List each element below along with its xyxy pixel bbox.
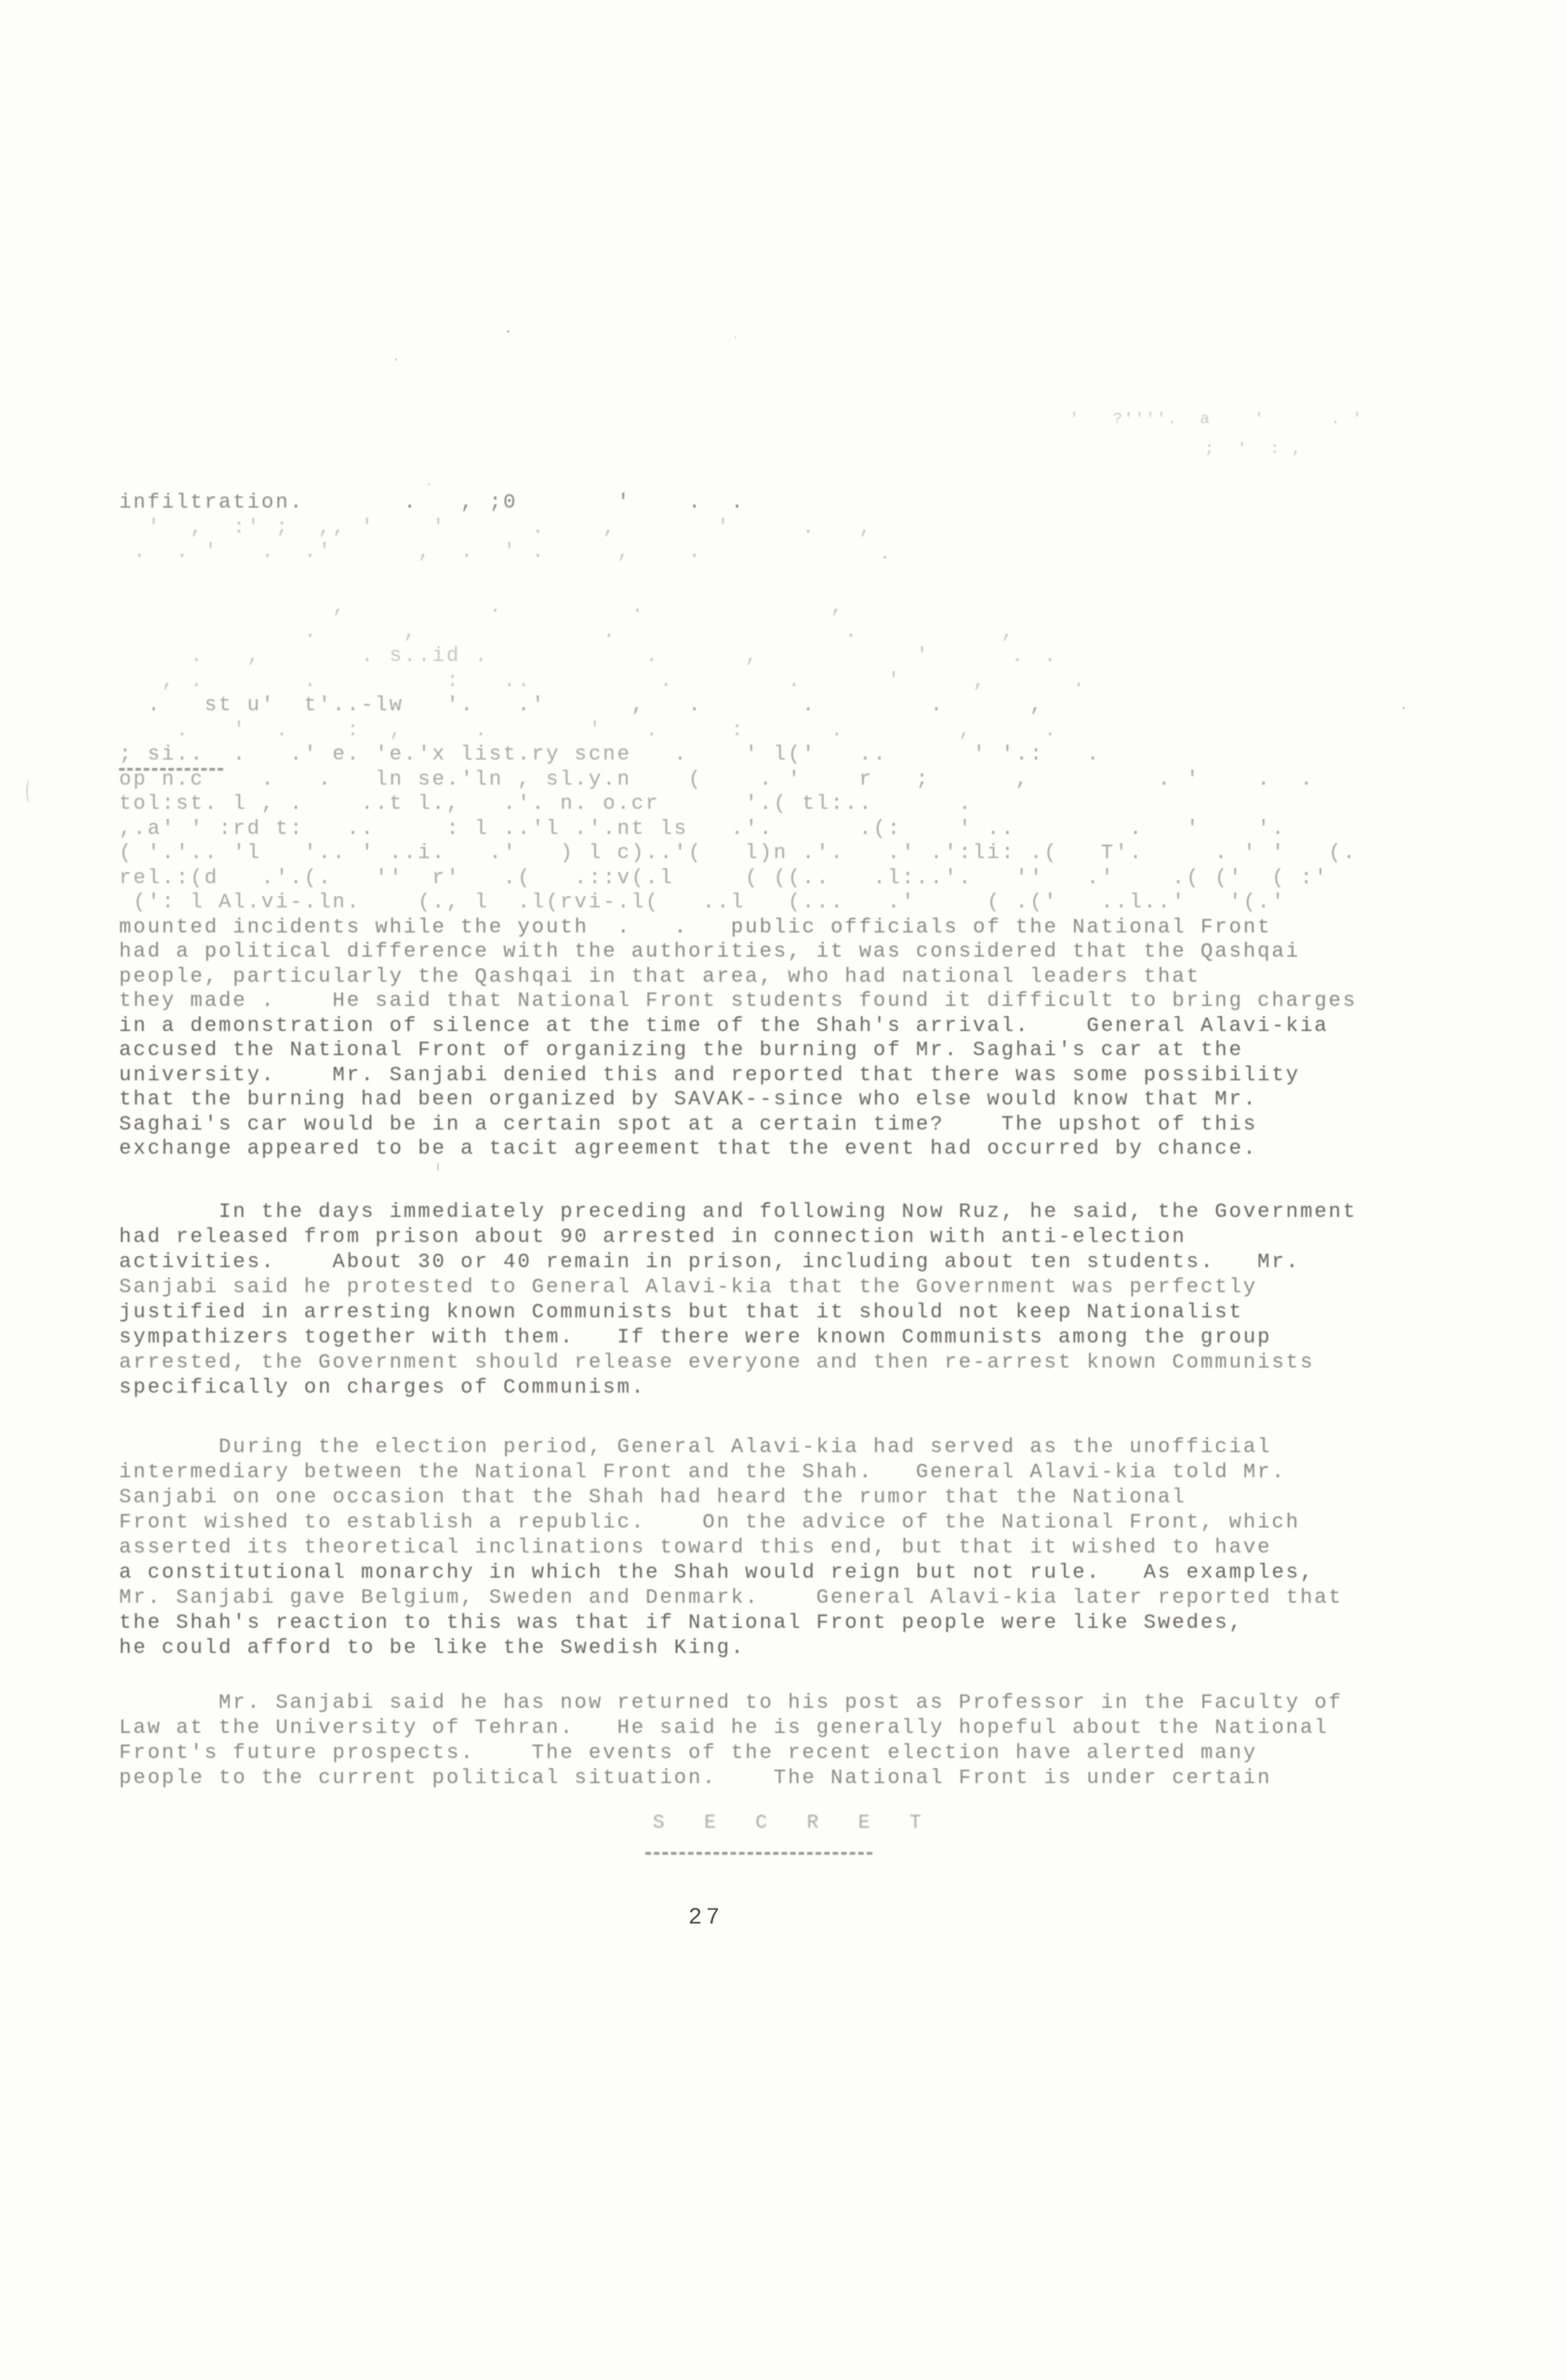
typed-line: the Shah's reaction to this was that if … (119, 1610, 1343, 1635)
typed-line: Sanjabi on one occasion that the Shah ha… (119, 1485, 1343, 1510)
typed-line: in a demonstration of silence at the tim… (119, 1014, 1357, 1039)
underline-mark (119, 768, 223, 771)
fragment-line: ' , :' ; ,, ' ' . , ' . , (119, 516, 873, 541)
ink-speck (1402, 707, 1405, 709)
typed-line: ( '.'.. 'l '.. ' ..i. .' ) l c)..'( l)n … (119, 841, 1357, 866)
ink-speck (395, 358, 397, 361)
typed-line: , . . , (119, 595, 1357, 620)
paragraph-3: During the election period, General Alav… (119, 1435, 1343, 1660)
typed-line: op n.c . . ln se.'ln , sl.y.n ( . ' r ; … (119, 768, 1357, 793)
ink-speck (507, 330, 510, 333)
typed-line: he could afford to be like the Swedish K… (119, 1635, 1343, 1660)
typed-line: Front's future prospects. The events of … (119, 1740, 1343, 1765)
typed-line: people to the current political situatio… (119, 1765, 1343, 1791)
typed-line: . , . . , (119, 620, 1357, 645)
paragraph-2: In the days immediately preceding and fo… (119, 1199, 1357, 1400)
typed-line: ; si.. . .' e. 'e.'x list.ry scne . ' l(… (119, 743, 1357, 768)
typed-line: a constitutional monarchy in which the S… (119, 1560, 1343, 1585)
typed-line: people, particularly the Qashqai in that… (119, 965, 1357, 990)
fragment-block-top-right: ' ?''''. a ' . ' (1069, 407, 1363, 432)
typed-line: ,.a' ' :rd t: .. : l ..'l .'.nt ls .'. .… (119, 817, 1357, 842)
typed-line: accused the National Front of organizing… (119, 1038, 1357, 1064)
typed-line: activities. About 30 or 40 remain in pri… (119, 1249, 1357, 1275)
typed-line: asserted its theoretical inclinations to… (119, 1535, 1343, 1560)
typed-line: Sanjabi said he protested to General Ala… (119, 1275, 1357, 1300)
paragraph-4: Mr. Sanjabi said he has now returned to … (119, 1690, 1343, 1791)
typed-line: . ' . : , . ' . : . , . (119, 719, 1357, 744)
typed-line: specifically on charges of Communism. (119, 1375, 1357, 1400)
typed-line: university. Mr. Sanjabi denied this and … (119, 1064, 1357, 1089)
ink-speck (735, 337, 737, 338)
typed-line: Mr. Sanjabi gave Belgium, Sweden and Den… (119, 1585, 1343, 1610)
fragment-line: ; ' : , (1183, 437, 1303, 462)
fragment-line: ' ?''''. a ' . ' (1069, 407, 1363, 432)
typed-line: arrested, the Government should release … (119, 1350, 1357, 1375)
typed-line: rel.:(d .'.(. '' r' .( .::v(.l ( ((.. .l… (119, 866, 1357, 892)
typed-line: that the burning had been organized by S… (119, 1088, 1357, 1113)
ink-speck (437, 1162, 439, 1171)
document-page: ' ?''''. a ' . ' ; ' : , infiltration. .… (0, 0, 1566, 2380)
typed-line: Front wished to establish a republic. On… (119, 1510, 1343, 1535)
ink-speck (428, 483, 431, 485)
typed-line: tol:st. l , . ..t l., .'. n. o.cr '.( tl… (119, 792, 1357, 817)
typed-line: had released from prison about 90 arrest… (119, 1224, 1357, 1249)
typed-line: intermediary between the National Front … (119, 1460, 1343, 1485)
classification-stamp: S E C R E T (653, 1813, 936, 1834)
typed-line: mounted incidents while the youth . . pu… (119, 916, 1357, 941)
typed-line: . , . s..id . . , ' . (119, 644, 1357, 669)
typed-line: exchange appeared to be a tacit agreemen… (119, 1137, 1357, 1162)
typed-line: justified in arresting known Communists … (119, 1300, 1357, 1325)
paragraph-1: , . . , . , . . , . , . s..id . . , ' . … (119, 595, 1357, 1162)
fragment-block-top-left: infiltration. . , ;0 ' . . ' , :' ; ,, '… (119, 491, 873, 565)
typed-line: Saghai's car would be in a certain spot … (119, 1113, 1357, 1138)
ink-speck (883, 556, 886, 559)
typed-line: During the election period, General Alav… (119, 1435, 1343, 1460)
margin-mark (26, 779, 34, 803)
typed-line: (': l Al.vi-.ln. (., l .l(rvi-.l( ..l (.… (119, 891, 1357, 916)
typed-line: Mr. Sanjabi said he has now returned to … (119, 1690, 1343, 1715)
typed-line: sympathizers together with them. If ther… (119, 1325, 1357, 1350)
fragment-block-top-right-2: ; ' : , (1183, 437, 1303, 462)
typed-line: In the days immediately preceding and fo… (119, 1199, 1357, 1224)
typed-line: had a political difference with the auth… (119, 940, 1357, 965)
page-number: 27 (688, 1904, 723, 1931)
stamp-underline (645, 1852, 872, 1855)
fragment-line: . . ' . .' , . ' . , . (119, 540, 873, 565)
typed-line: . st u' t'..-lw '. .' , . . . , (119, 694, 1357, 719)
fragment-line: infiltration. . , ;0 ' . . (119, 491, 873, 516)
typed-line: , . . : .. . . ' , . (119, 669, 1357, 694)
typed-line: they made . He said that National Front … (119, 989, 1357, 1014)
typed-line: Law at the University of Tehran. He said… (119, 1715, 1343, 1740)
